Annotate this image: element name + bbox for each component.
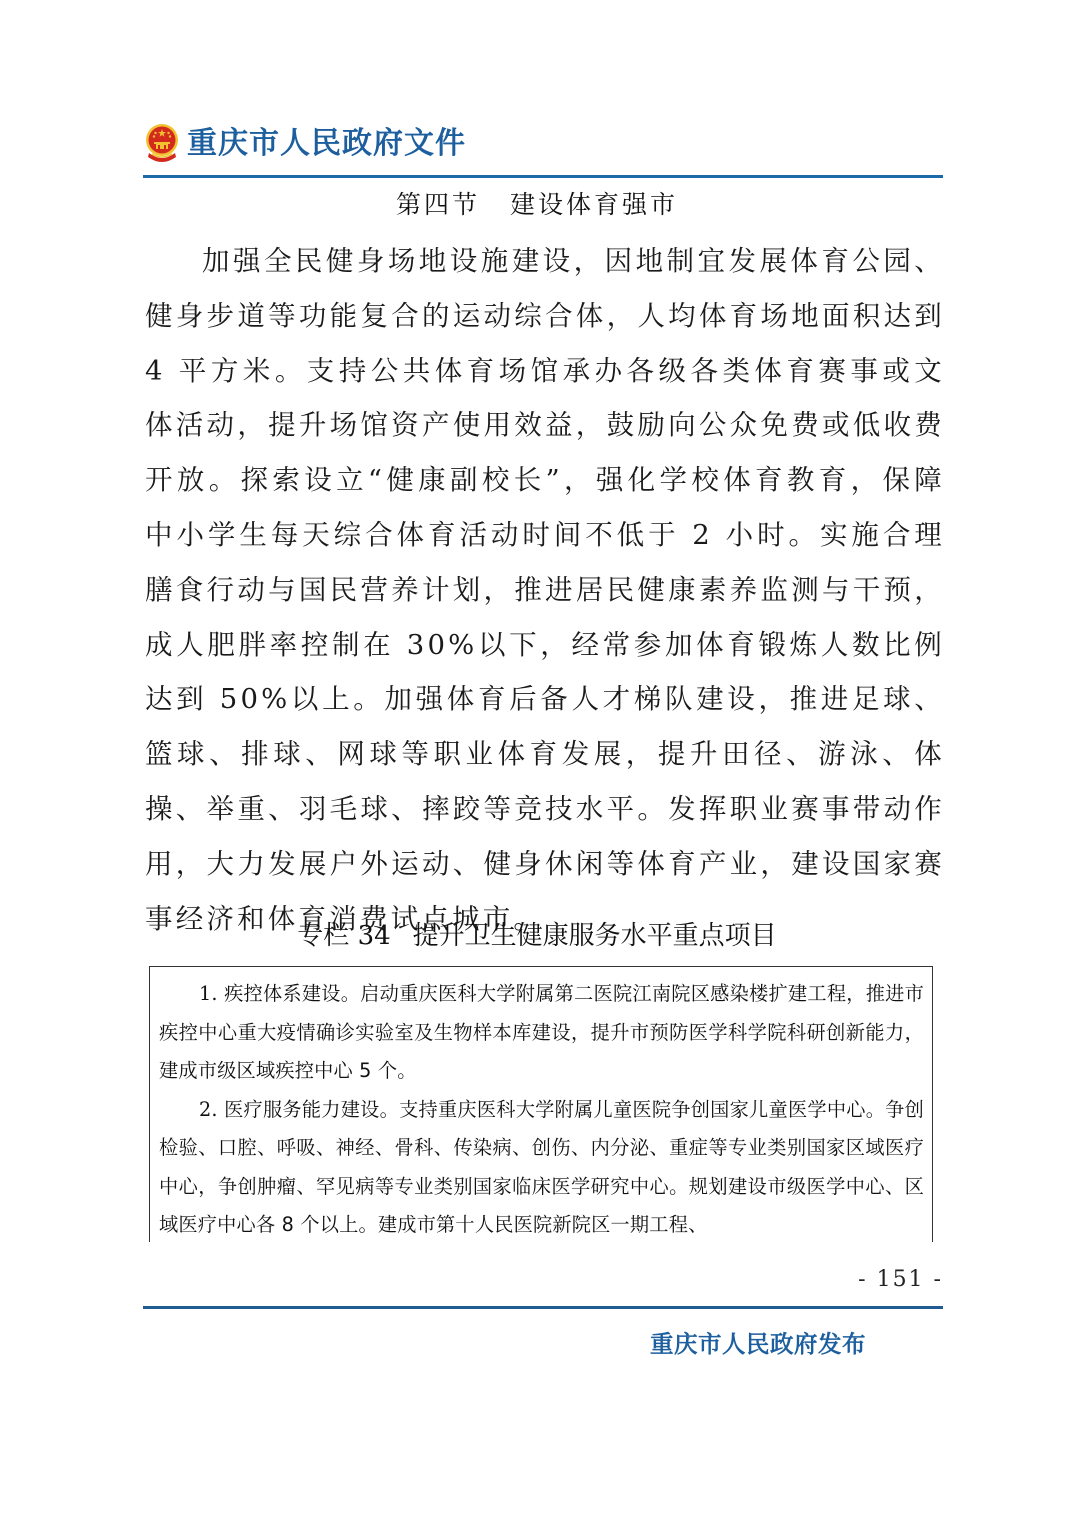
column-heading: 专栏 34提升卫生健康服务水平重点项目 — [0, 916, 1074, 956]
column-box: 1. 疾控体系建设。启动重庆医科大学附属第二医院江南院区感染楼扩建工程，推进市疾… — [149, 966, 933, 1242]
body-paragraph: 加强全民健身场地设施建设，因地制宜发展体育公园、健身步道等功能复合的运动综合体，… — [145, 234, 945, 946]
footer-divider — [143, 1306, 943, 1309]
item-text: 疾控体系建设。启动重庆医科大学附属第二医院江南院区感染楼扩建工程，推进市疾控中心… — [159, 982, 924, 1082]
item-text: 医疗服务能力建设。支持重庆医科大学附属儿童医院争创国家儿童医学中心。争创检验、口… — [159, 1098, 924, 1237]
column-item: 2. 医疗服务能力建设。支持重庆医科大学附属儿童医院争创国家儿童医学中心。争创检… — [159, 1091, 924, 1243]
section-title: 建设体育强市 — [510, 190, 678, 219]
page-number: - 151 - — [790, 1265, 943, 1295]
header-divider — [143, 175, 943, 178]
column-title: 提升卫生健康服务水平重点项目 — [413, 921, 777, 951]
column-label: 专栏 — [297, 921, 349, 951]
item-number: 2. — [199, 1098, 218, 1121]
document-header: 重庆市人民政府文件 — [143, 122, 466, 166]
national-emblem-icon — [143, 123, 181, 165]
column-number: 34 — [358, 921, 391, 951]
section-heading: 第四节建设体育强市 — [0, 188, 1074, 222]
document-issuer-title: 重庆市人民政府文件 — [187, 122, 466, 166]
column-item: 1. 疾控体系建设。启动重庆医科大学附属第二医院江南院区感染楼扩建工程，推进市疾… — [159, 975, 924, 1091]
footer-publisher: 重庆市人民政府发布 — [650, 1326, 866, 1362]
item-number: 1. — [199, 982, 218, 1005]
section-number: 第四节 — [396, 190, 480, 219]
